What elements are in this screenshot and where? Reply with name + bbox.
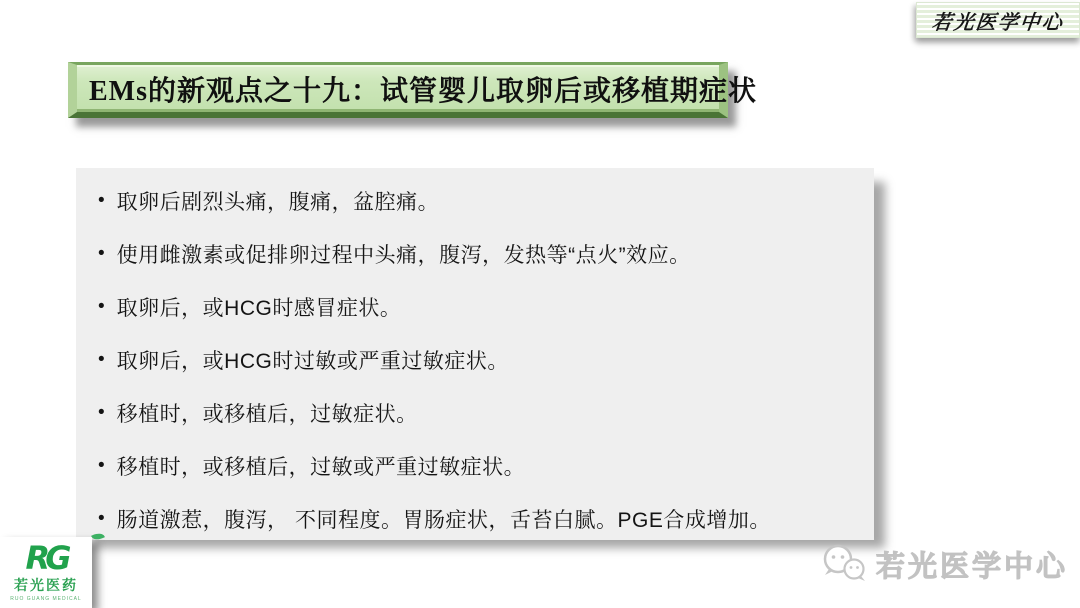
- bullet-item: •取卵后剧烈头痛，腹痛，盆腔痛。: [98, 174, 874, 227]
- rg-monogram: RG: [26, 543, 67, 573]
- bullet-text: 取卵后，或HCG时感冒症状。: [117, 292, 402, 322]
- content-panel: •取卵后剧烈头痛，腹痛，盆腔痛。•使用雌激素或促排卵过程中头痛，腹泻，发热等“点…: [76, 168, 874, 540]
- bullet-text: 移植时，或移植后，过敏或严重过敏症状。: [117, 451, 526, 481]
- bullet-marker: •: [98, 456, 105, 475]
- bullet-marker: •: [98, 350, 105, 369]
- bullet-item: •取卵后，或HCG时感冒症状。: [98, 280, 874, 333]
- bullet-text: 移植时，或移植后，过敏症状。: [117, 398, 418, 428]
- bullet-item: •移植时，或移植后，过敏症状。: [98, 386, 874, 439]
- bullet-text: 取卵后，或HCG时过敏或严重过敏症状。: [117, 345, 509, 375]
- wechat-icon: [820, 542, 868, 586]
- bullet-item: •肠道激惹，腹泻， 不同程度。胃肠症状，舌苔白腻。PGE合成增加。: [98, 492, 874, 545]
- bullet-marker: •: [98, 297, 105, 316]
- bullet-text: 肠道激惹，腹泻， 不同程度。胃肠症状，舌苔白腻。PGE合成增加。: [117, 504, 771, 534]
- logo-romanization: RUO GUANG MEDICAL: [10, 596, 81, 602]
- bullet-text: 使用雌激素或促排卵过程中头痛，腹泻，发热等“点火”效应。: [117, 239, 691, 269]
- bullet-item: •取卵后，或HCG时过敏或严重过敏症状。: [98, 333, 874, 386]
- bullet-marker: •: [98, 509, 105, 528]
- watermark-label: 若光医学中心: [876, 544, 1068, 585]
- bullet-list: •取卵后剧烈头痛，腹痛，盆腔痛。•使用雌激素或促排卵过程中头痛，腹泻，发热等“点…: [98, 174, 874, 545]
- company-logo: RG 若光医药 RUO GUANG MEDICAL: [0, 537, 92, 608]
- logo-name: 若光医药: [14, 575, 78, 595]
- corner-badge: 若光医学中心: [916, 2, 1080, 38]
- bullet-text: 取卵后剧烈头痛，腹痛，盆腔痛。: [117, 186, 440, 216]
- bullet-item: •使用雌激素或促排卵过程中头痛，腹泻，发热等“点火”效应。: [98, 227, 874, 280]
- bullet-marker: •: [98, 191, 105, 210]
- wechat-watermark: 若光医学中心: [820, 540, 1068, 588]
- page-title: EMs的新观点之十九：试管婴儿取卵后或移植期症状: [77, 69, 757, 109]
- bullet-marker: •: [98, 244, 105, 263]
- title-bar: EMs的新观点之十九：试管婴儿取卵后或移植期症状: [68, 62, 728, 118]
- bullet-item: •移植时，或移植后，过敏或严重过敏症状。: [98, 439, 874, 492]
- bullet-marker: •: [98, 403, 105, 422]
- corner-badge-label: 若光医学中心: [930, 6, 1065, 35]
